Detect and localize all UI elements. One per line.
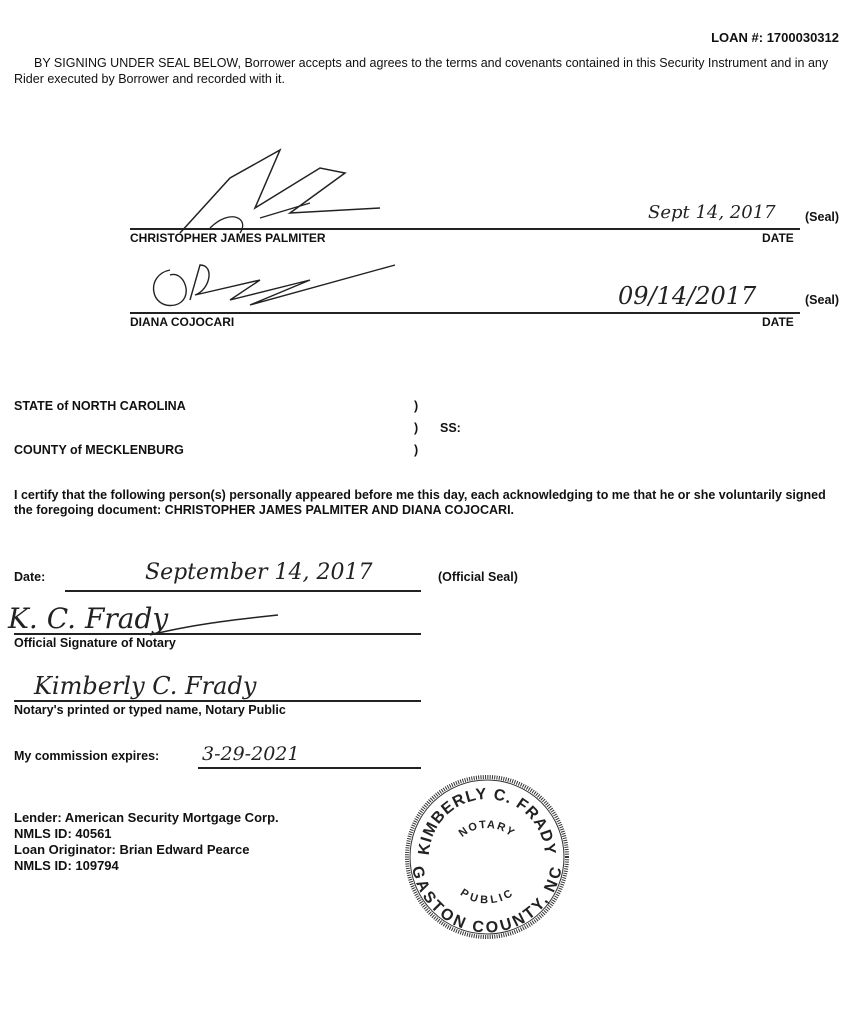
notary-signature: K. C. Frady bbox=[8, 602, 168, 635]
lender-info: Lender: American Security Mortgage Corp.… bbox=[14, 810, 279, 874]
intro-paragraph: BY SIGNING UNDER SEAL BELOW, Borrower ac… bbox=[14, 55, 839, 87]
seal-label-2: (Seal) bbox=[805, 293, 839, 307]
notary-seal-stamp: KIMBERLY C. FRADY GASTON COUNTY, NC NOTA… bbox=[402, 772, 572, 942]
date-label-2: DATE bbox=[762, 315, 794, 329]
borrower-1-name: CHRISTOPHER JAMES PALMITER bbox=[130, 231, 326, 245]
borrower-1-signature bbox=[170, 148, 400, 238]
svg-text:PUBLIC: PUBLIC bbox=[458, 887, 516, 907]
notary-date-line bbox=[65, 590, 421, 592]
commission-label: My commission expires: bbox=[14, 749, 159, 763]
svg-text:KIMBERLY C. FRADY: KIMBERLY C. FRADY bbox=[416, 786, 558, 856]
commission-value: 3-29-2021 bbox=[202, 743, 299, 765]
notary-date-label: Date: bbox=[14, 570, 45, 584]
signature-line-1 bbox=[130, 228, 800, 230]
bracket-2: ) bbox=[414, 421, 418, 435]
originator-name: Loan Originator: Brian Edward Pearce bbox=[14, 842, 279, 858]
notary-printed-name-label: Notary's printed or typed name, Notary P… bbox=[14, 703, 286, 717]
borrower-2-date: 09/14/2017 bbox=[618, 282, 756, 310]
lender-nmls: NMLS ID: 40561 bbox=[14, 826, 279, 842]
seal-label-1: (Seal) bbox=[805, 210, 839, 224]
signature-line-2 bbox=[130, 312, 800, 314]
borrower-2-name: DIANA COJOCARI bbox=[130, 315, 234, 329]
certification-paragraph: I certify that the following person(s) p… bbox=[14, 488, 839, 518]
lender-name: Lender: American Security Mortgage Corp. bbox=[14, 810, 279, 826]
notary-signature-label: Official Signature of Notary bbox=[14, 636, 176, 650]
loan-number: LOAN #: 1700030312 bbox=[711, 30, 839, 45]
county-label: COUNTY of MECKLENBURG bbox=[14, 443, 184, 457]
stamp-top-text: KIMBERLY C. FRADY bbox=[416, 786, 558, 856]
notary-printed-name: Kimberly C. Frady bbox=[34, 672, 256, 700]
bracket-3: ) bbox=[414, 443, 418, 457]
stamp-center-top: NOTARY bbox=[457, 819, 518, 840]
notary-printed-name-line bbox=[14, 700, 421, 702]
originator-nmls: NMLS ID: 109794 bbox=[14, 858, 279, 874]
bracket-1: ) bbox=[414, 399, 418, 413]
notary-signature-line bbox=[14, 633, 421, 635]
state-label: STATE of NORTH CAROLINA bbox=[14, 399, 186, 413]
borrower-1-date: Sept 14, 2017 bbox=[648, 202, 776, 223]
ss-label: SS: bbox=[440, 421, 461, 435]
official-seal-label: (Official Seal) bbox=[438, 570, 518, 584]
commission-line bbox=[198, 767, 421, 769]
date-label-1: DATE bbox=[762, 231, 794, 245]
stamp-center-bottom: PUBLIC bbox=[458, 887, 516, 907]
notary-date-value: September 14, 2017 bbox=[145, 560, 372, 585]
svg-text:NOTARY: NOTARY bbox=[457, 819, 518, 840]
borrower-2-signature bbox=[140, 260, 400, 315]
